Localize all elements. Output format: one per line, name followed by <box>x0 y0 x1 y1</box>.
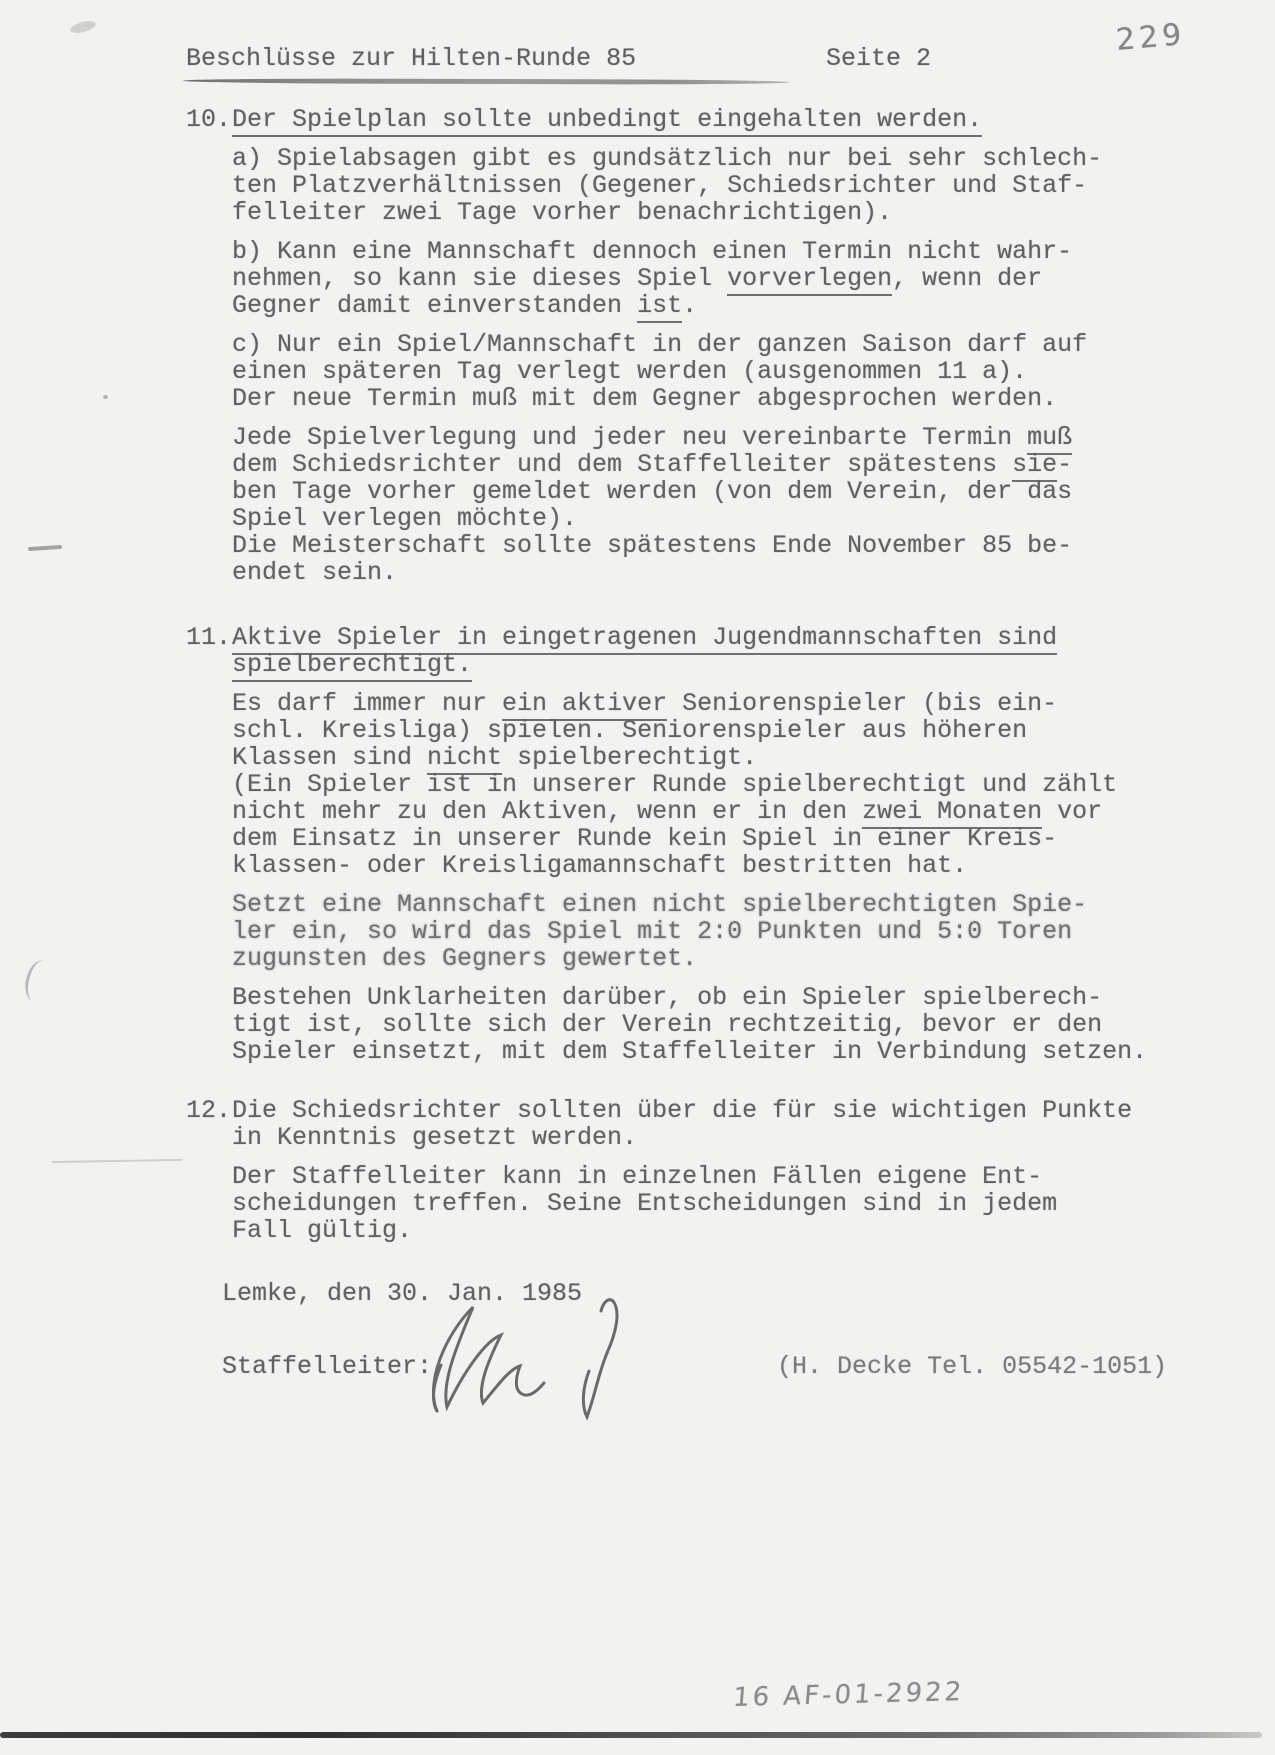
scan-artifact-faint-line <box>52 1159 182 1163</box>
item-number: 10. <box>186 106 232 586</box>
item-11-heading: Aktive Spieler in eingetragenen Jugendma… <box>232 624 1167 678</box>
place-date-line: Lemke, den 30. Jan. 1985 <box>222 1280 1275 1307</box>
contact-info: (H. Decke Tel. 05542-1051) <box>777 1353 1167 1380</box>
document-header: Beschlüsse zur Hilten-Runde 85 Seite 2 <box>186 45 931 72</box>
scan-artifact-dot <box>103 395 108 399</box>
item-11-paragraph-2: Setzt eine Mannschaft einen nicht spielb… <box>232 891 1167 972</box>
signature-row: Staffelleiter: (H. Decke Tel. 05542-1051… <box>222 1353 1275 1380</box>
scan-artifact-smudge <box>69 19 97 35</box>
item-number: 11. <box>186 624 232 1065</box>
item-12-heading: Die Schiedsrichter sollten über die für … <box>232 1097 1167 1151</box>
item-10-paragraph-b: b) Kann eine Mannschaft dennoch einen Te… <box>232 238 1167 319</box>
list-item-10: 10. Der Spielplan sollte unbedingt einge… <box>186 106 1275 586</box>
handwritten-page-number: 229 <box>1115 21 1186 54</box>
item-10-paragraph-d: Jede Spielverlegung und jeder neu verein… <box>232 424 1167 586</box>
item-11-paragraph-3: Bestehen Unklarheiten darüber, ob ein Sp… <box>232 984 1167 1065</box>
list-item-11: 11. Aktive Spieler in eingetragenen Juge… <box>186 624 1275 1065</box>
handwritten-signature <box>417 1293 677 1428</box>
item-number: 12. <box>186 1097 232 1244</box>
item-10-heading: Der Spielplan sollte unbedingt eingehalt… <box>232 106 1167 133</box>
scan-artifact-dash <box>28 545 62 551</box>
signature-label: Staffelleiter: <box>222 1353 432 1380</box>
item-10-paragraph-a: a) Spielabsagen gibt es gundsätzlich nur… <box>232 145 1167 226</box>
handwritten-archive-code: 16 AF-01-2922 <box>732 1679 965 1712</box>
page-label: Seite 2 <box>826 45 931 72</box>
item-12-paragraph-1: Der Staffelleiter kann in einzelnen Fäll… <box>232 1163 1167 1244</box>
item-10-paragraph-c: c) Nur ein Spiel/Mannschaft in der ganze… <box>232 331 1167 412</box>
document-title: Beschlüsse zur Hilten-Runde 85 <box>186 45 636 72</box>
scan-edge-line <box>0 1732 1262 1738</box>
scan-artifact-curve <box>21 958 55 1005</box>
scanned-document-page: Beschlüsse zur Hilten-Runde 85 Seite 2 1… <box>0 0 1275 1755</box>
list-item-12: 12. Die Schiedsrichter sollten über die … <box>186 1097 1275 1244</box>
item-11-paragraph-1: Es darf immer nur ein aktiver Seniorensp… <box>232 690 1167 879</box>
title-underline <box>183 78 790 85</box>
